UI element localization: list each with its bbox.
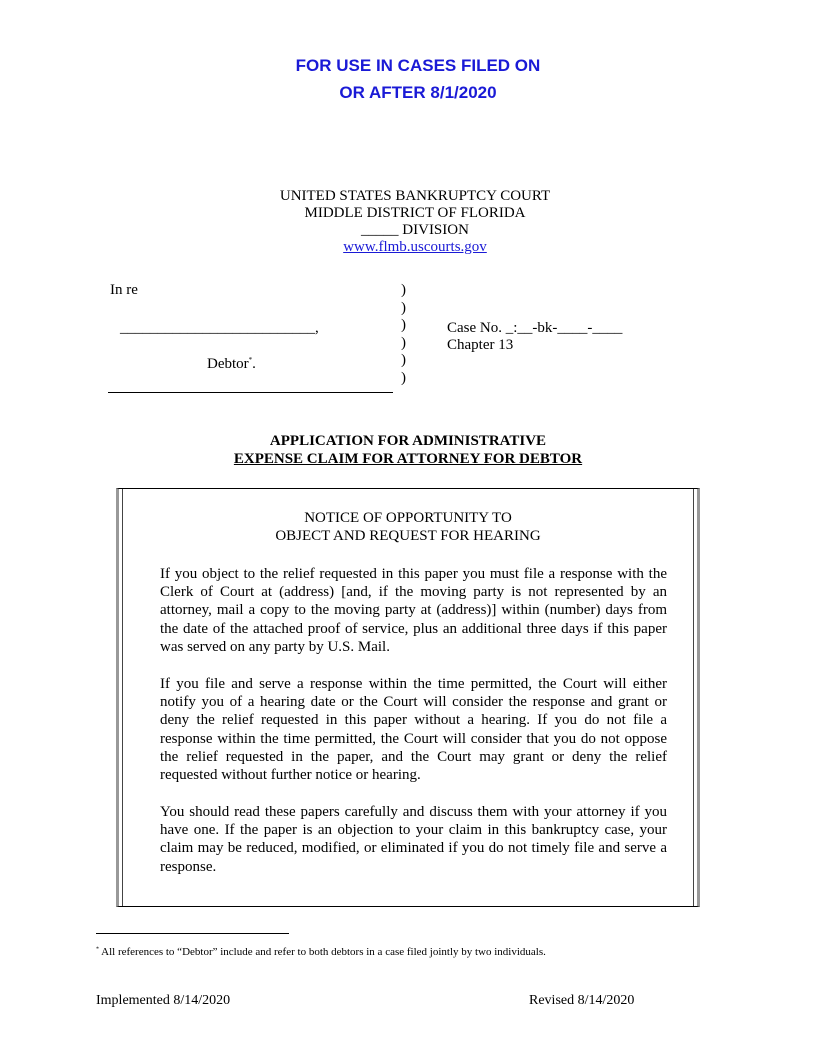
notice-paragraph-2: If you file and serve a response within …: [160, 675, 667, 784]
case-info: Case No. _:__-bk-____-____ Chapter 13: [447, 320, 622, 354]
notice-paragraph-3: You should read these papers carefully a…: [160, 803, 667, 876]
chapter: Chapter 13: [447, 337, 622, 354]
in-re-label: In re: [110, 282, 138, 299]
court-header: UNITED STATES BANKRUPTCY COURT MIDDLE DI…: [0, 188, 816, 256]
caption-parens: ) ) ) ) ) ): [401, 282, 406, 388]
notice-title: NOTICE OF OPPORTUNITY TO OBJECT AND REQU…: [123, 509, 693, 545]
notice-box: NOTICE OF OPPORTUNITY TO OBJECT AND REQU…: [116, 488, 700, 907]
notice-title-line-1: NOTICE OF OPPORTUNITY TO: [123, 509, 693, 527]
footnote: * All references to “Debtor” include and…: [96, 946, 546, 958]
title-line-2: EXPENSE CLAIM FOR ATTORNEY FOR DEBTOR: [234, 451, 582, 467]
notice-box-inner: NOTICE OF OPPORTUNITY TO OBJECT AND REQU…: [122, 489, 694, 906]
debtor-name-blank: __________________________,: [120, 320, 319, 337]
debtor-period: .: [252, 356, 256, 372]
filing-date-banner: FOR USE IN CASES FILED ON OR AFTER 8/1/2…: [0, 52, 816, 106]
document-title: APPLICATION FOR ADMINISTRATIVE EXPENSE C…: [0, 432, 816, 468]
paren: ): [401, 352, 406, 370]
paren: ): [401, 335, 406, 353]
implemented-date: Implemented 8/14/2020: [96, 993, 230, 1009]
court-name: UNITED STATES BANKRUPTCY COURT: [0, 188, 816, 205]
court-website-link[interactable]: www.flmb.uscourts.gov: [343, 239, 487, 255]
footnote-separator: [96, 933, 289, 934]
case-number: Case No. _:__-bk-____-____: [447, 320, 622, 337]
paren: ): [401, 282, 406, 300]
debtor-label: Debtor*.: [207, 356, 256, 373]
notice-title-line-2: OBJECT AND REQUEST FOR HEARING: [123, 527, 693, 545]
revised-date: Revised 8/14/2020: [529, 993, 634, 1009]
court-district: MIDDLE DISTRICT OF FLORIDA: [0, 205, 816, 222]
court-division: _____ DIVISION: [0, 222, 816, 239]
paren: ): [401, 300, 406, 318]
caption-rule: [108, 392, 393, 393]
banner-line-2: OR AFTER 8/1/2020: [0, 79, 816, 106]
notice-paragraph-1: If you object to the relief requested in…: [160, 565, 667, 656]
debtor-text: Debtor: [207, 356, 249, 372]
footnote-text: All references to “Debtor” include and r…: [99, 946, 546, 958]
title-line-1: APPLICATION FOR ADMINISTRATIVE: [0, 432, 816, 450]
paren: ): [401, 370, 406, 388]
paren: ): [401, 317, 406, 335]
banner-line-1: FOR USE IN CASES FILED ON: [0, 52, 816, 79]
